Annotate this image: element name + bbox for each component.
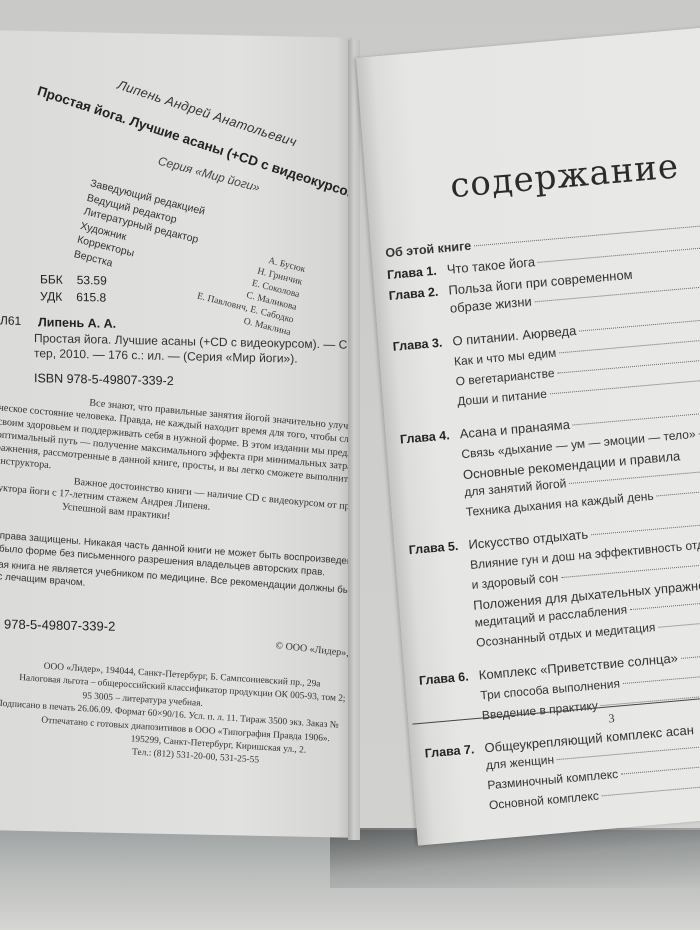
toc-chapter-number [430,809,490,814]
annotation: Все знают, что правильные занятия йогой … [0,388,352,546]
bbk-label: ББК [40,272,63,286]
left-page-imprint: Липень Андрей Анатольевич Простая йога. … [0,30,352,838]
toc-chapter-number [415,627,475,632]
toc-heading: содержание [449,146,681,206]
isbn-footer: 978-5-49807-339-2 [4,617,115,634]
udk-label: УДК [40,289,62,303]
toc-chapter-number [417,647,477,652]
toc-chapter-number [411,569,471,574]
staff-names: А. Бусюк Н. Гринчик Е. Соколова С. Малик… [152,230,306,340]
toc-chapter-number: Глава 4. [400,427,461,446]
bib-description: Простая йога. Лучшие асаны (+CD с видеок… [34,331,352,369]
toc-chapter-number: Глава 7. [424,741,485,760]
toc-chapter-number: Глава 2. [388,284,449,303]
udk-value: 615.8 [76,290,106,305]
toc-chapter-number [405,496,465,501]
right-page-contents: содержание Об этой книгеГлава 1.Что тако… [356,21,700,845]
table-of-contents: Об этой книгеГлава 1.Что такое йогаГлава… [385,211,700,823]
toc-chapter-number [404,479,464,484]
rights-notice: права защищены. Никакая часть данной кни… [0,530,352,613]
imprint: ООО «Лидер», 194044, Санкт-Петербург, Б.… [10,659,346,774]
book-gutter [348,40,360,840]
toc-chapter-number [421,700,481,705]
toc-chapter-number [402,458,462,463]
toc-chapter-number [412,589,472,594]
copyright: © ООО «Лидер», 2010 [275,640,352,661]
page-number: 3 [608,711,615,726]
toc-chapter-number: Глава 3. [392,335,453,354]
toc-chapter-number [428,789,488,794]
toc-chapter-number [407,516,467,521]
toc-chapter-number: Глава 5. [408,538,469,557]
bib-code: Л61 [0,313,21,327]
toc-chapter-number [391,313,451,318]
classification-codes: ББК53.59 УДК615.8 [40,271,107,306]
toc-chapter-number [426,769,486,774]
toc-chapter-number: Глава 1. [387,263,448,282]
bib-isbn: ISBN 978-5-49807-339-2 [34,371,174,388]
toc-chapter-number [414,610,474,615]
bib-author: Липень А. А. [38,315,116,331]
toc-chapter-number: Глава 6. [419,669,480,688]
toc-chapter-number [396,386,456,391]
toc-chapter-number [395,366,455,371]
bbk-value: 53.59 [77,273,107,288]
toc-entry-label: Об этой книге [385,239,472,260]
toc-chapter-number [398,405,458,410]
